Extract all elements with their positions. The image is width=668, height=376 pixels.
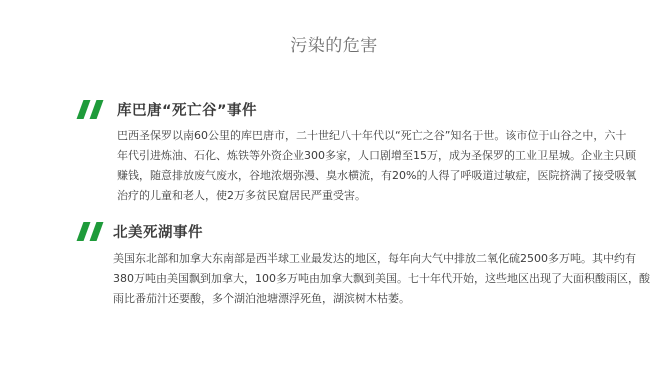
page-title: 污染的危害 bbox=[0, 31, 668, 56]
double-slash-quote-icon bbox=[76, 222, 106, 242]
double-slash-quote-icon bbox=[76, 100, 106, 120]
section-paragraph-north-america-dead-lakes: 美国东北部和加拿大东南部是西半球工业最发达的地区，每年向大气中排放二氧化硫250… bbox=[113, 249, 653, 309]
section-heading-north-america-dead-lakes: 北美死湖事件 bbox=[113, 221, 203, 242]
section-heading-cubatao: 库巴唐“死亡谷”事件 bbox=[117, 99, 257, 120]
section-paragraph-cubatao: 巴西圣保罗以南60公里的库巴唐市，二十世纪八十年代以“死亡之谷”知名于世。该市位… bbox=[117, 126, 637, 206]
